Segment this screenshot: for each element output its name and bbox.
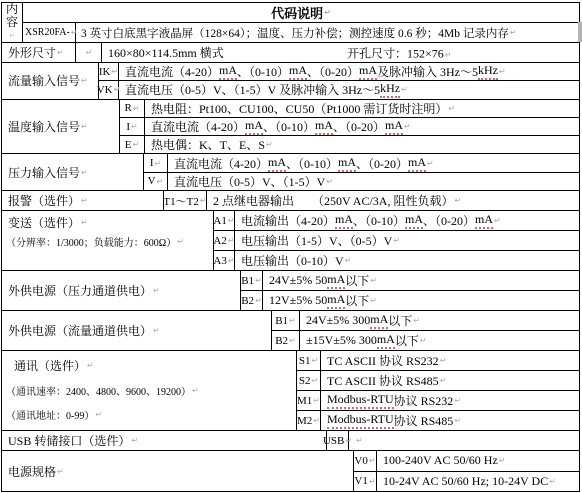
option-code: IK↵: [99, 63, 119, 80]
option-desc: 24V±5% 300mA 以下↵: [300, 311, 579, 330]
paragraph-mark: ↵: [510, 28, 517, 37]
option-row: IK↵直流电流（4-20）mA、（0-10）mA、（0-20）mA 及脉冲输入 …: [99, 63, 579, 81]
section-label-cell: 电源规格↵: [2, 451, 354, 491]
paragraph-mark: ↵: [370, 276, 377, 285]
section-label: 电源规格↵: [2, 463, 353, 480]
option-desc: TC ASCII 协议 RS232↵: [321, 351, 579, 370]
section-label: 温度输入信号↵: [2, 118, 119, 135]
section-options: A1↵电流输出（4-20）mA、（0-10）mA、（0-20）mA↵A2↵电压输…: [214, 211, 579, 270]
paragraph-mark: ↵: [454, 196, 461, 205]
option-sections: 流量输入信号↵IK↵直流电流（4-20）mA、（0-10）mA、（0-20）mA…: [2, 63, 579, 491]
section-label-cell: 压力输入信号↵: [2, 154, 144, 190]
section-options: B1↵24V±5% 300mA 以下↵B2↵±15V±5% 300mA 以下↵: [272, 311, 579, 350]
section-label-cell: 通讯（选件）↵（通讯速率：2400、4800、9600、19200）↵（通讯地址…: [2, 351, 297, 430]
panel-size: 160×80×114.5mm 横式: [108, 44, 224, 61]
paragraph-mark: ↵: [157, 177, 164, 186]
section-label: 流量输入信号↵: [2, 72, 98, 89]
section-options: IK↵直流电流（4-20）mA、（0-10）mA、（0-20）mA 及脉冲输入 …: [99, 63, 579, 99]
option-row: B2↵12V±5% 50mA 以下↵: [241, 291, 579, 310]
option-row: B2↵±15V±5% 300mA 以下↵: [272, 331, 579, 350]
option-code: V0↵: [354, 451, 377, 471]
option-code: B2↵: [272, 331, 300, 350]
paragraph-mark: ↵: [313, 396, 320, 405]
option-row: I↵直流电流（4-20）mA、（0-10）mA、（0-20）mA↵: [144, 154, 579, 172]
paragraph-mark: ↵: [133, 140, 140, 149]
paragraph-mark: ↵: [427, 159, 434, 168]
dimensions-spacer-cell: ↵: [76, 43, 102, 62]
option-row: A2↵电压输出（1-5）V、（0-5）V↵: [214, 231, 579, 251]
option-desc: 10-24V AC 50/60 Hz; 10-24V DC↵: [377, 472, 579, 492]
option-desc: 24V±5% 50mA 以下↵: [263, 271, 579, 290]
table-title: 代码说明: [271, 3, 323, 22]
model-desc-cell: 3 英寸白底黑字液晶屏（128×64）；温度、压力补偿；测控速度 0.6 秒；4…: [76, 23, 579, 42]
section-ext-power-flow: 外供电源（流量通道供电）↵B1↵24V±5% 300mA 以下↵B2↵±15V±…: [2, 311, 579, 351]
section-options: T1～T2↵2 点继电器输出 （250V AC/3A, 阻性负载）↵: [164, 191, 579, 210]
option-desc: 直流电流（4-20）mA、（0-10）mA、（0-20）mA↵: [168, 154, 579, 171]
option-row: V↵直流电压（0-5）V、（1-5）V↵: [144, 173, 579, 190]
option-desc: Modbus-RTU 协议 RS485↵: [321, 411, 579, 430]
section-label-cell: 变送（选件）↵（分辨率：1/3000；负载能力：600Ω）↵: [2, 211, 214, 270]
option-desc: 电流输出（4-20）mA、（0-10）mA、（0-20）mA↵: [235, 211, 579, 230]
section-label: 外供电源（压力通道供电）↵: [2, 282, 240, 299]
paragraph-mark: ↵: [356, 436, 363, 445]
cutout-size: 开孔尺寸：152×76: [347, 46, 444, 60]
paragraph-mark: ↵: [81, 76, 88, 85]
section-note: （通讯地址：0-99）↵: [2, 407, 296, 422]
paragraph-mark: ↵: [313, 416, 320, 425]
paragraph-mark: ↵: [413, 316, 420, 325]
option-desc: 热电阻：Pt100、CU100、CU50（Pt1000 需订货时注明）↵: [145, 100, 579, 117]
section-transmit: 变送（选件）↵（分辨率：1/3000；负载能力：600Ω）↵A1↵电流输出（4-…: [2, 211, 579, 271]
option-code: S1↵: [297, 351, 321, 370]
option-row: VK↵直流电压（0-5）V、（1-5）V 及脉冲输入 3Hz～5kHz↵: [99, 81, 579, 98]
paragraph-mark: ↵: [153, 286, 160, 295]
paragraph-mark: ↵: [440, 356, 447, 365]
option-desc: ↵: [349, 431, 579, 450]
paragraph-mark: ↵: [81, 196, 88, 205]
paragraph-mark: ↵: [177, 237, 184, 246]
paragraph-mark: ↵: [494, 216, 501, 225]
paragraph-mark: ↵: [57, 467, 64, 476]
paragraph-mark: ↵: [289, 336, 296, 345]
section-temperature-input: 温度输入信号↵R↵热电阻：Pt100、CU100、CU50（Pt1000 需订货…: [2, 100, 579, 155]
section-comm: 通讯（选件）↵（通讯速率：2400、4800、9600、19200）↵（通讯地址…: [2, 351, 579, 431]
option-desc: Modbus-RTU 协议 RS232↵: [321, 391, 579, 410]
paragraph-mark: ↵: [228, 216, 235, 225]
section-options: V0↵100-240V AC 50/60 Hz↵V1↵10-24V AC 50/…: [354, 451, 579, 491]
paragraph-mark: ↵: [289, 316, 296, 325]
paragraph-mark: ↵: [154, 159, 161, 168]
paragraph-mark: ↵: [87, 361, 94, 370]
section-label-cell: 流量输入信号↵: [2, 63, 99, 99]
paragraph-mark: ↵: [393, 236, 400, 245]
paragraph-mark: ↵: [499, 67, 506, 76]
paragraph-mark: ↵: [404, 122, 411, 131]
paragraph-mark: ↵: [81, 122, 88, 131]
section-note: （通讯速率：2400、4800、9600、19200）↵: [2, 383, 296, 398]
paragraph-mark: ↵: [255, 276, 262, 285]
paragraph-mark: ↵: [445, 50, 452, 59]
model-desc: 3 英寸白底黑字液晶屏（128×64）；温度、压力补偿；测控速度 0.6 秒；4…: [81, 25, 509, 41]
paragraph-mark: ↵: [369, 477, 376, 486]
option-desc: TC ASCII 协议 RS485↵: [321, 371, 579, 390]
paragraph-mark: ↵: [133, 104, 140, 113]
option-code: A2↵: [214, 231, 235, 250]
option-code: M1↵: [297, 391, 321, 410]
paragraph-mark: ↵: [81, 218, 88, 227]
option-desc: ±15V±5% 300mA 以下↵: [300, 331, 579, 350]
option-code: M2↵: [297, 411, 321, 430]
dimensions-label-cell: 外形尺寸↵: [2, 43, 76, 62]
section-usb: USB 转储接口（选件）↵USB↵↵: [2, 431, 579, 451]
option-desc: 电压输出（1-5）V、（0-5）V↵: [235, 231, 579, 250]
paragraph-mark: ↵: [311, 356, 318, 365]
option-desc: 100-240V AC 50/60 Hz↵: [377, 451, 579, 471]
option-row: USB↵↵: [327, 431, 579, 450]
paragraph-mark: ↵: [57, 48, 64, 57]
paragraph-mark: ↵: [266, 140, 273, 149]
option-code: T1～T2↵: [164, 191, 207, 210]
option-row: R↵热电阻：Pt100、CU100、CU50（Pt1000 需订货时注明）↵: [120, 100, 579, 118]
paragraph-mark: ↵: [345, 256, 352, 265]
section-label-cell: 外供电源（压力通道供电）↵: [2, 271, 241, 310]
model-code-cell: XSR20FA-↵: [23, 23, 76, 42]
option-desc: 直流电流（4-20）mA、（0-10）mA、（0-20）mA↵: [145, 118, 579, 135]
paragraph-mark: ↵: [420, 336, 427, 345]
section-pressure-input: 压力输入信号↵I↵直流电流（4-20）mA、（0-10）mA、（0-20）mA↵…: [2, 154, 579, 191]
option-code: V1↵: [354, 472, 377, 492]
option-code: B2↵: [241, 291, 263, 310]
paragraph-mark: ↵: [454, 416, 461, 425]
section-flow-input: 流量输入信号↵IK↵直流电流（4-20）mA、（0-10）mA、（0-20）mA…: [2, 63, 579, 100]
option-row: V0↵100-240V AC 50/60 Hz↵: [354, 451, 579, 472]
paragraph-mark: ↵: [326, 177, 333, 186]
paragraph-mark: ↵: [192, 386, 199, 395]
content-label-cell: 内容↵: [2, 3, 23, 42]
cutout-size-wrap: 开孔尺寸：152×76↵: [347, 44, 451, 61]
option-code: S2↵: [297, 371, 321, 390]
paragraph-mark: ↵: [324, 8, 331, 17]
dimensions-desc-cell: 160×80×114.5mm 横式 开孔尺寸：152×76↵: [102, 43, 579, 62]
paragraph-mark: ↵: [81, 168, 88, 177]
option-code: B1↵: [272, 311, 300, 330]
section-ext-power-pressure: 外供电源（压力通道供电）↵B1↵24V±5% 50mA 以下↵B2↵12V±5%…: [2, 271, 579, 311]
paragraph-mark: ↵: [370, 296, 377, 305]
content-label: 内容: [2, 3, 22, 29]
paragraph-mark: ↵: [255, 296, 262, 305]
paragraph-mark: ↵: [111, 67, 118, 76]
section-options: R↵热电阻：Pt100、CU100、CU50（Pt1000 需订货时注明）↵I↵…: [120, 100, 579, 154]
option-code: V↵: [144, 173, 168, 190]
section-label: 压力输入信号↵: [2, 164, 143, 181]
option-code: USB↵: [327, 431, 349, 450]
paragraph-mark: ↵: [86, 48, 93, 57]
option-row: S2↵TC ASCII 协议 RS485↵: [297, 371, 579, 391]
dimensions-row: 外形尺寸↵ ↵ 160×80×114.5mm 横式 开孔尺寸：152×76↵: [2, 43, 579, 63]
option-desc: 12V±5% 50mA 以下↵: [263, 291, 579, 310]
header-block: 内容↵ 代码说明↵ XSR20FA-↵ 3 英寸白底黑字液晶屏（128×64）；…: [2, 3, 579, 43]
section-options: S1↵TC ASCII 协议 RS232↵S2↵TC ASCII 协议 RS48…: [297, 351, 579, 430]
section-label: 外供电源（流量通道供电）↵: [2, 322, 271, 339]
option-code: VK↵: [99, 81, 119, 98]
option-desc: 热电偶：K、T、E、S↵: [145, 136, 579, 153]
option-row: B1↵24V±5% 50mA 以下↵: [241, 271, 579, 291]
section-label: 变送（选件）↵: [2, 214, 213, 231]
option-desc: 2 点继电器输出 （250V AC/3A, 阻性负载）↵: [207, 191, 579, 210]
option-code: B1↵: [241, 271, 263, 290]
spec-table: 内容↵ 代码说明↵ XSR20FA-↵ 3 英寸白底黑字液晶屏（128×64）；…: [1, 2, 580, 492]
paragraph-mark: ↵: [153, 326, 160, 335]
scrollbar-fragment: [578, 22, 582, 42]
option-row: V1↵10-24V AC 50/60 Hz; 10-24V DC↵: [354, 472, 579, 492]
section-options: B1↵24V±5% 50mA 以下↵B2↵12V±5% 50mA 以下↵: [241, 271, 579, 310]
option-row: M2↵Modbus-RTU 协议 RS485↵: [297, 411, 579, 430]
paragraph-mark: ↵: [401, 85, 408, 94]
option-code: R↵: [120, 100, 145, 117]
option-row: S1↵TC ASCII 协议 RS232↵: [297, 351, 579, 371]
option-row: B1↵24V±5% 300mA 以下↵: [272, 311, 579, 331]
paragraph-mark: ↵: [499, 456, 506, 465]
model-row: XSR20FA-↵ 3 英寸白底黑字液晶屏（128×64）；温度、压力补偿；测控…: [23, 23, 579, 42]
paragraph-mark: ↵: [440, 376, 447, 385]
option-row: A3↵电压输出（0-10）V↵: [214, 251, 579, 270]
header-right: 代码说明↵ XSR20FA-↵ 3 英寸白底黑字液晶屏（128×64）；温度、压…: [23, 3, 579, 42]
section-label-cell: 报警（选件）↵: [2, 191, 164, 210]
option-desc: 直流电压（0-5）V、（1-5）V 及脉冲输入 3Hz～5kHz↵: [119, 81, 579, 98]
option-desc: 直流电压（0-5）V、（1-5）V↵: [168, 173, 579, 190]
option-code: A3↵: [214, 251, 235, 270]
model-code: XSR20FA-: [25, 27, 70, 38]
option-desc: 直流电流（4-20）mA、（0-10）mA、（0-20）mA 及脉冲输入 3Hz…: [119, 63, 579, 80]
section-power-spec: 电源规格↵V0↵100-240V AC 50/60 Hz↵V1↵10-24V A…: [2, 451, 579, 491]
option-desc: 电压输出（0-10）V↵: [235, 251, 579, 270]
paragraph-mark: ↵: [228, 236, 235, 245]
section-label-cell: 外供电源（流量通道供电）↵: [2, 311, 272, 350]
paragraph-mark: ↵: [9, 29, 14, 42]
option-row: T1～T2↵2 点继电器输出 （250V AC/3A, 阻性负载）↵: [164, 191, 579, 210]
option-code: E↵: [120, 136, 145, 153]
paragraph-mark: ↵: [448, 104, 455, 113]
option-row: I↵直流电流（4-20）mA、（0-10）mA、（0-20）mA↵: [120, 118, 579, 136]
option-code: I↵: [144, 154, 168, 171]
dimensions-label: 外形尺寸: [8, 44, 56, 61]
section-label: 通讯（选件）↵: [2, 357, 296, 374]
paragraph-mark: ↵: [369, 456, 376, 465]
option-row: E↵热电偶：K、T、E、S↵: [120, 136, 579, 153]
paragraph-mark: ↵: [311, 376, 318, 385]
paragraph-mark: ↵: [95, 410, 102, 419]
option-code: I↵: [120, 118, 145, 135]
paragraph-mark: ↵: [454, 396, 461, 405]
paragraph-mark: ↵: [131, 436, 138, 445]
option-code: A1↵: [214, 211, 235, 230]
section-options: USB↵↵: [327, 431, 579, 450]
section-label: USB 转储接口（选件）↵: [2, 432, 326, 449]
section-note: （分辨率：1/3000；负载能力：600Ω）↵: [2, 234, 213, 249]
paragraph-mark: ↵: [549, 477, 556, 486]
option-row: A1↵电流输出（4-20）mA、（0-10）mA、（0-20）mA↵: [214, 211, 579, 231]
section-label: 报警（选件）↵: [2, 192, 163, 209]
option-row: M1↵Modbus-RTU 协议 RS232↵: [297, 391, 579, 411]
section-label-cell: USB 转储接口（选件）↵: [2, 431, 327, 450]
section-alarm: 报警（选件）↵T1～T2↵2 点继电器输出 （250V AC/3A, 阻性负载）…: [2, 191, 579, 211]
paragraph-mark: ↵: [228, 256, 235, 265]
section-options: I↵直流电流（4-20）mA、（0-10）mA、（0-20）mA↵V↵直流电压（…: [144, 154, 579, 190]
paragraph-mark: ↵: [200, 196, 207, 205]
section-label-cell: 温度输入信号↵: [2, 100, 120, 154]
table-title-row: 代码说明↵: [23, 3, 579, 23]
paragraph-mark: ↵: [131, 122, 138, 131]
